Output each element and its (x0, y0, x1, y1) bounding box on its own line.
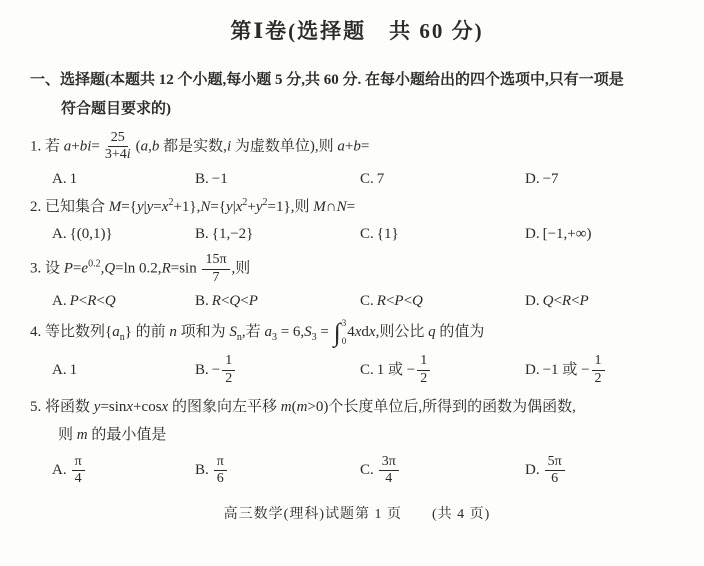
option-label: A. (52, 171, 67, 187)
math-segment: =sin (100, 399, 126, 415)
fraction: 12 (592, 353, 605, 388)
math-variable: y (137, 199, 144, 215)
math-variable: M (109, 199, 122, 215)
math-segment: < (240, 293, 248, 309)
math-segment: {1,−2} (212, 226, 254, 242)
fraction: 15π7 (202, 252, 229, 287)
math-variable: S (304, 324, 312, 340)
question-2: 2. 已知集合 M={y|y=x2+1},N={y|x2+y2=1},则 M∩N… (30, 197, 684, 243)
option-body: 1 (70, 362, 78, 378)
math-segment: +cos (133, 399, 161, 415)
question-2-option-D: D.[−1,+∞) (525, 226, 684, 243)
math-segment: ={ (121, 199, 137, 215)
question-5-option-C: C.3π4 (360, 454, 525, 489)
question-list: 1. 若 a+bi=253+4i(a,b 都是实数,i 为虚数单位),则 a+b… (30, 130, 684, 489)
question-5-stem: 5. 将函数 y=sinx+cosx 的图象向左平移 m(m>0)个长度单位后,… (30, 397, 684, 419)
math-segment: π (217, 454, 224, 469)
page-footer: 高三数学(理科)试题第 1 页 (共 4 页) (30, 503, 684, 523)
math-segment: < (571, 293, 579, 309)
option-body: [−1,+∞) (543, 226, 592, 242)
math-segment: −1 (543, 362, 563, 378)
fraction-denominator: 2 (222, 371, 235, 388)
fraction-denominator: 2 (417, 371, 430, 388)
text-segment: } 的前 (125, 324, 170, 340)
question-3: 3. 设 P=e0.2,Q=ln 0.2,R=sin 15π7,则A.P<R<Q… (30, 252, 684, 311)
math-segment: =ln 0.2, (115, 261, 161, 277)
text-segment: 2. 已知集合 (30, 199, 109, 215)
math-variable: q (428, 324, 436, 340)
math-variable: bi (80, 138, 92, 154)
math-segment: 5π (548, 454, 562, 469)
fraction: π6 (214, 454, 227, 489)
option-label: B. (195, 293, 209, 309)
math-segment: −1 (212, 171, 228, 187)
math-segment: = (91, 138, 99, 154)
text-segment: ,则公比 (376, 324, 429, 340)
integral-sign: ∫ (334, 320, 341, 346)
math-variable: a (112, 324, 120, 340)
question-4-stem: 4. 等比数列{an} 的前 n 项和为 Sn,若 a3 = 6,S3 = ∫3… (30, 319, 684, 346)
fraction-numerator: 15π (202, 252, 229, 270)
math-segment: 25 (111, 130, 125, 145)
question-4-option-C: C.1 或 −12 (360, 353, 525, 388)
math-segment: −7 (543, 171, 559, 187)
math-segment: 7 (212, 270, 219, 285)
question-4-option-D: D.−1 或 −12 (525, 353, 684, 388)
math-variable: y (226, 199, 233, 215)
question-1-option-B: B.−1 (195, 171, 360, 188)
question-5: 5. 将函数 y=sinx+cosx 的图象向左平移 m(m>0)个长度单位后,… (30, 397, 684, 488)
question-1-option-D: D.−7 (525, 171, 684, 188)
math-segment: =1}, (268, 199, 295, 215)
math-variable: m (281, 399, 292, 415)
math-segment: 1 (377, 362, 388, 378)
math-segment: = 6, (277, 324, 304, 340)
option-label: C. (360, 226, 374, 242)
question-3-option-A: A.P<R<Q (52, 293, 195, 310)
fraction-denominator: 3+4i (102, 147, 134, 164)
question-3-stem: 3. 设 P=e0.2,Q=ln 0.2,R=sin 15π7,则 (30, 252, 684, 287)
math-variable: R (212, 293, 221, 309)
option-body: {1} (377, 226, 399, 242)
text-segment: 则 (58, 427, 77, 443)
math-segment: π (75, 454, 82, 469)
fraction-denominator: 4 (382, 471, 395, 488)
question-5-options: A.π4B.π6C.3π4D.5π6 (52, 454, 684, 489)
math-segment: 6 (551, 471, 558, 486)
question-5-option-A: A.π4 (52, 454, 195, 489)
math-segment: 1 (595, 353, 602, 368)
option-body: P<R<Q (70, 293, 116, 309)
fraction-numerator: 5π (545, 454, 565, 472)
math-segment: − (403, 362, 415, 378)
fraction-denominator: 6 (214, 471, 227, 488)
option-body: R<Q<P (212, 293, 258, 309)
option-body: π4 (70, 462, 87, 478)
math-segment: 1 (70, 362, 78, 378)
math-segment: 1 (420, 353, 427, 368)
option-label: A. (52, 362, 67, 378)
fraction-numerator: 1 (592, 353, 605, 371)
math-variable: Q (105, 293, 116, 309)
math-variable: N (200, 199, 210, 215)
text-segment: 3. 设 (30, 261, 64, 277)
fraction-numerator: 1 (417, 353, 430, 371)
math-variable: M (313, 199, 326, 215)
math-variable: a (337, 138, 345, 154)
math-segment: {1} (377, 226, 399, 242)
math-variable: x (369, 324, 376, 340)
math-segment: 7 (377, 171, 385, 187)
math-segment: < (79, 293, 87, 309)
exam-page: 第Ⅰ卷(选择题 共 60 分) 一、选择题(本题共 12 个小题,每小题 5 分… (0, 0, 704, 523)
math-segment: +1}, (173, 199, 200, 215)
option-body: −7 (543, 171, 559, 187)
math-segment: < (404, 293, 412, 309)
option-label: D. (525, 362, 540, 378)
instructions-line1: 一、选择题(本题共 12 个小题,每小题 5 分,共 60 分. 在每小题给出的… (30, 70, 684, 92)
question-4-options: A.1B.−12C.1 或 −12D.−1 或 −12 (52, 353, 684, 388)
math-segment: 2 (595, 371, 602, 386)
option-label: C. (360, 462, 374, 478)
question-5-option-B: B.π6 (195, 454, 360, 489)
math-segment: ={ (210, 199, 226, 215)
text-segment: 都是实数, (159, 138, 227, 154)
math-segment: 3+4 (105, 147, 127, 162)
text-segment: ,则 (232, 261, 251, 277)
math-segment: 1 (70, 171, 78, 187)
question-3-options: A.P<R<QB.R<Q<PC.R<P<QD.Q<R<P (52, 293, 684, 310)
fraction: 5π6 (545, 454, 565, 489)
math-segment: − (577, 362, 589, 378)
fraction-numerator: 1 (222, 353, 235, 371)
fraction: 253+4i (102, 130, 134, 165)
option-label: A. (52, 293, 67, 309)
math-variable: Q (104, 261, 115, 277)
option-label: B. (195, 226, 209, 242)
option-label: B. (195, 362, 209, 378)
text-segment: ,若 (242, 324, 265, 340)
option-body: 1 (70, 171, 78, 187)
math-segment: {(0,1)} (70, 226, 113, 242)
option-label: D. (525, 171, 540, 187)
integral: ∫30 (334, 319, 347, 346)
fraction-denominator: 6 (548, 471, 561, 488)
fraction-numerator: π (72, 454, 85, 472)
option-label: A. (52, 462, 67, 478)
option-label: C. (360, 362, 374, 378)
option-body: {1,−2} (212, 226, 254, 242)
fraction-numerator: 25 (108, 130, 128, 148)
question-2-options: A.{(0,1)}B.{1,−2}C.{1}D.[−1,+∞) (52, 226, 684, 243)
text-segment: 项和为 (177, 324, 230, 340)
math-variable: R (562, 293, 571, 309)
math-segment: − (212, 362, 220, 378)
option-label: B. (195, 171, 209, 187)
question-4-option-B: B.−12 (195, 353, 360, 388)
fraction: π4 (72, 454, 85, 489)
math-segment: 15π (205, 252, 226, 267)
text-segment: 则 (294, 199, 313, 215)
question-1-option-C: C.7 (360, 171, 525, 188)
integral-bounds: 30 (342, 319, 347, 346)
question-1: 1. 若 a+bi=253+4i(a,b 都是实数,i 为虚数单位),则 a+b… (30, 130, 684, 189)
option-body: 1 或 −12 (377, 362, 432, 378)
section-title: 第Ⅰ卷(选择题 共 60 分) (30, 15, 684, 45)
math-segment: 3π (382, 454, 396, 469)
math-segment: = (153, 199, 161, 215)
math-variable: Q (543, 293, 554, 309)
text-segment: 的图象向左平移 (168, 399, 281, 415)
question-3-option-B: B.R<Q<P (195, 293, 360, 310)
option-body: {(0,1)} (70, 226, 113, 242)
instructions-line2: 符合题目要求的) (30, 99, 684, 121)
math-segment: = (361, 138, 369, 154)
option-label: C. (360, 293, 374, 309)
question-4-option-A: A.1 (52, 362, 195, 379)
option-label: D. (525, 462, 540, 478)
math-variable: m (77, 427, 88, 443)
math-segment: = (317, 324, 333, 340)
option-label: C. (360, 171, 374, 187)
math-segment: + (71, 138, 79, 154)
integral-upper-bound: 3 (342, 319, 347, 328)
text-segment: 为虚数单位),则 (231, 138, 337, 154)
math-segment: 2 (225, 371, 232, 386)
math-segment: < (553, 293, 561, 309)
question-1-stem: 1. 若 a+bi=253+4i(a,b 都是实数,i 为虚数单位),则 a+b… (30, 130, 684, 165)
text-segment: 或 (388, 362, 403, 378)
math-variable: n (169, 324, 177, 340)
math-variable: P (64, 261, 73, 277)
question-3-option-D: D.Q<R<P (525, 293, 684, 310)
question-5-stem-line2: 则 m 的最小值是 (30, 425, 684, 447)
question-2-option-B: B.{1,−2} (195, 226, 360, 243)
question-3-option-C: C.R<P<Q (360, 293, 525, 310)
text-segment: 的最小值是 (88, 427, 167, 443)
math-segment: = (347, 199, 355, 215)
math-segment: 4 (347, 324, 355, 340)
math-variable: Q (229, 293, 240, 309)
math-variable: P (249, 293, 258, 309)
fraction-denominator: 4 (72, 471, 85, 488)
fraction-numerator: 3π (379, 454, 399, 472)
fraction: 12 (417, 353, 430, 388)
math-variable: b (353, 138, 361, 154)
text-segment: 1. 若 (30, 138, 64, 154)
math-segment: d (361, 324, 369, 340)
integral-lower-bound: 0 (342, 337, 347, 346)
question-2-stem: 2. 已知集合 M={y|y=x2+1},N={y|x2+y2=1},则 M∩N… (30, 197, 684, 219)
text-segment: )个长度单位后,所得到的函数为偶函数, (323, 399, 576, 415)
math-segment: 4 (385, 471, 392, 486)
question-5-option-D: D.5π6 (525, 454, 684, 489)
question-1-options: A.1B.−1C.7D.−7 (52, 171, 684, 188)
math-segment: 4 (75, 471, 82, 486)
option-body: 3π4 (377, 462, 401, 478)
math-variable: S (229, 324, 237, 340)
math-variable: R (162, 261, 171, 277)
option-label: D. (525, 226, 540, 242)
math-segment: [−1,+∞) (543, 226, 592, 242)
fraction: 3π4 (379, 454, 399, 489)
option-body: −1 或 −12 (543, 362, 607, 378)
math-segment: 1 (225, 353, 232, 368)
option-body: π6 (212, 462, 229, 478)
text-segment: 或 (562, 362, 577, 378)
fraction: 12 (222, 353, 235, 388)
text-segment: 4. 等比数列{ (30, 324, 112, 340)
fraction-denominator: 7 (209, 270, 222, 287)
math-variable: P (580, 293, 589, 309)
question-1-option-A: A.1 (52, 171, 195, 188)
math-variable: a (264, 324, 272, 340)
math-variable: P (394, 293, 403, 309)
math-variable: y (256, 199, 263, 215)
math-variable: Q (412, 293, 423, 309)
option-body: −12 (212, 362, 237, 378)
text-segment: 的值为 (436, 324, 485, 340)
math-variable: i (127, 147, 131, 162)
option-body: Q<R<P (543, 293, 589, 309)
math-segment: ∩ (326, 199, 337, 215)
option-body: 5π6 (543, 462, 567, 478)
math-segment: 6 (217, 471, 224, 486)
math-variable: m (297, 399, 308, 415)
math-segment: < (96, 293, 104, 309)
math-variable: N (337, 199, 347, 215)
math-segment: =sin (171, 261, 201, 277)
math-segment: + (247, 199, 255, 215)
question-2-option-A: A.{(0,1)} (52, 226, 195, 243)
question-4: 4. 等比数列{an} 的前 n 项和为 Sn,若 a3 = 6,S3 = ∫3… (30, 319, 684, 388)
option-body: R<P<Q (377, 293, 423, 309)
superscript: 0.2 (88, 259, 101, 270)
math-segment: 2 (420, 371, 427, 386)
option-body: −1 (212, 171, 228, 187)
math-variable: R (377, 293, 386, 309)
text-segment: 5. 将函数 (30, 399, 94, 415)
fraction-numerator: π (214, 454, 227, 472)
option-label: B. (195, 462, 209, 478)
option-label: A. (52, 226, 67, 242)
option-body: 7 (377, 171, 385, 187)
question-2-option-C: C.{1} (360, 226, 525, 243)
math-variable: P (70, 293, 79, 309)
fraction-denominator: 2 (592, 371, 605, 388)
option-label: D. (525, 293, 540, 309)
math-segment: >0 (307, 399, 323, 415)
